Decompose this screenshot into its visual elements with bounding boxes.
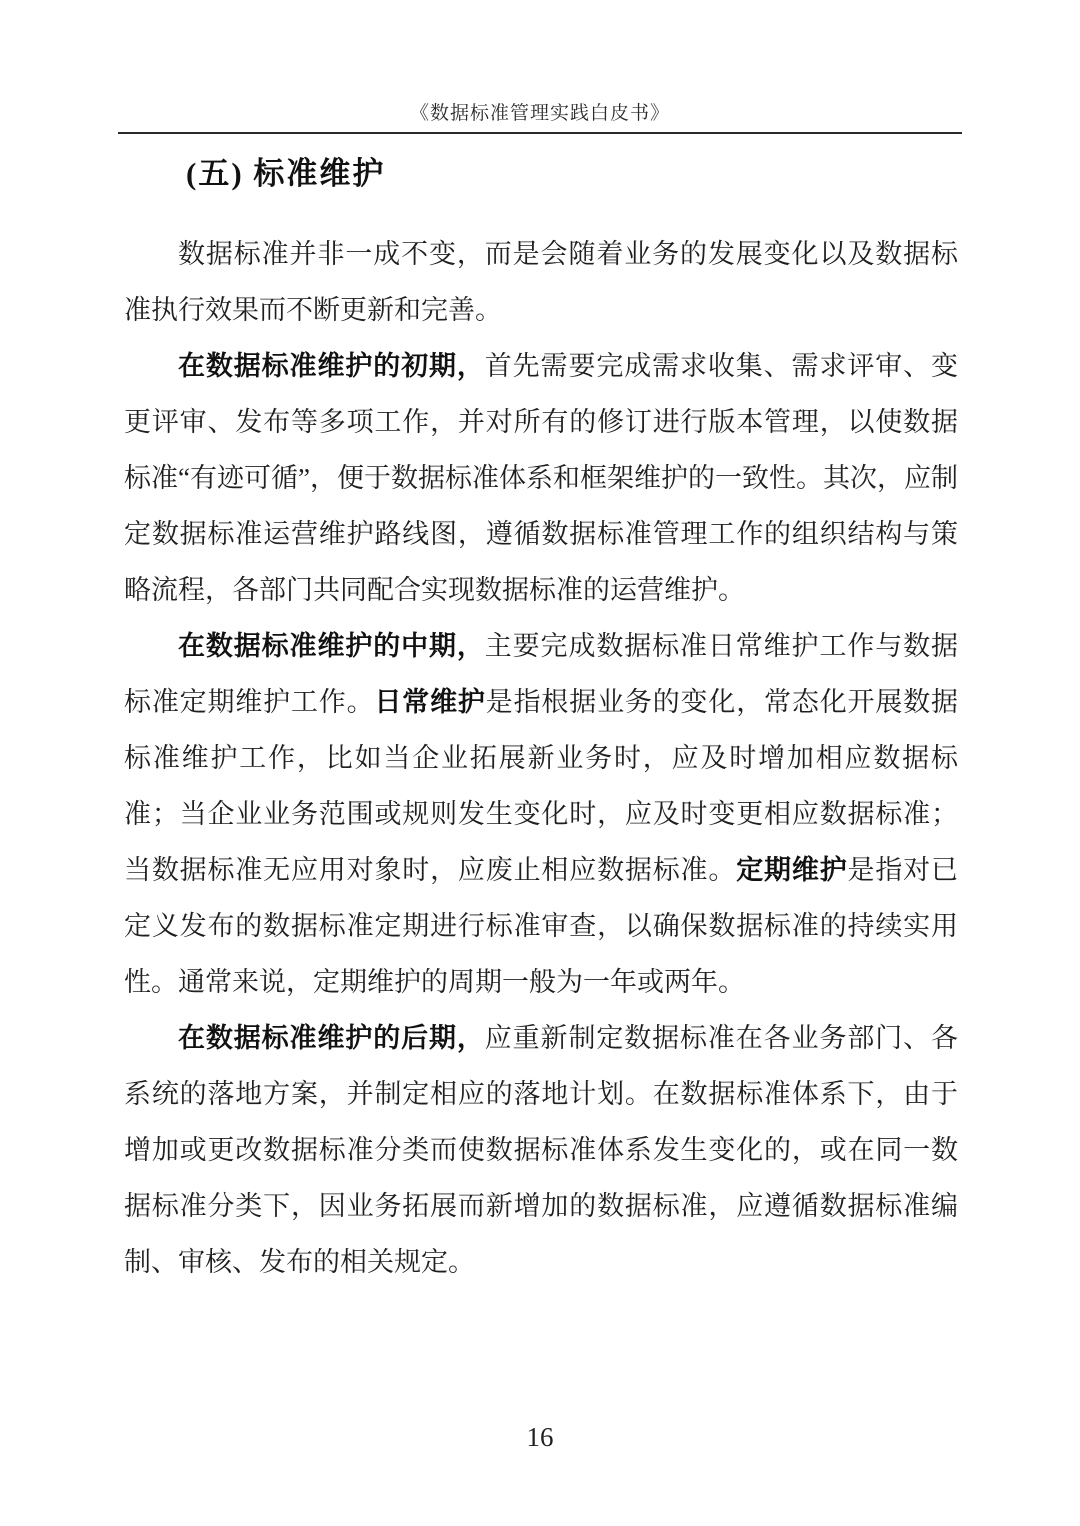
text-run: 应重新制定数据标准在各业务部门、各系统的落地方案，并制定相应的落地计划。在数据标… <box>124 1023 958 1277</box>
section-heading: (五) 标准维护 <box>186 152 958 196</box>
text-run: 首先需要完成需求收集、需求评审、变更评审、发布等多项工作，并对所有的修订进行版本… <box>124 351 958 605</box>
bold-run: 日常维护 <box>374 687 485 717</box>
bold-run: 在数据标准维护的中期， <box>178 631 485 661</box>
text-run: 数据标准并非一成不变，而是会随着业务的发展变化以及数据标准执行效果而不断更新和完… <box>124 239 958 325</box>
paragraph-early-stage: 在数据标准维护的初期，首先需要完成需求收集、需求评审、变更评审、发布等多项工作，… <box>124 338 958 618</box>
paragraph-intro: 数据标准并非一成不变，而是会随着业务的发展变化以及数据标准执行效果而不断更新和完… <box>124 226 958 338</box>
paragraph-late-stage: 在数据标准维护的后期，应重新制定数据标准在各业务部门、各系统的落地方案，并制定相… <box>124 1010 958 1290</box>
page-footer: 16 <box>0 1422 1080 1453</box>
bold-run: 在数据标准维护的后期， <box>178 1023 485 1053</box>
page-content: (五) 标准维护 数据标准并非一成不变，而是会随着业务的发展变化以及数据标准执行… <box>124 152 958 1290</box>
paragraph-mid-stage: 在数据标准维护的中期，主要完成数据标准日常维护工作与数据标准定期维护工作。日常维… <box>124 618 958 1010</box>
document-page: 《数据标准管理实践白皮书》 (五) 标准维护 数据标准并非一成不变，而是会随着业… <box>0 0 1080 1526</box>
body-text: 数据标准并非一成不变，而是会随着业务的发展变化以及数据标准执行效果而不断更新和完… <box>124 226 958 1290</box>
page-header: 《数据标准管理实践白皮书》 <box>118 98 962 134</box>
bold-run: 在数据标准维护的初期， <box>178 351 485 381</box>
bold-run: 定期维护 <box>736 855 847 885</box>
page-number: 16 <box>527 1422 554 1452</box>
header-title: 《数据标准管理实践白皮书》 <box>410 103 670 124</box>
